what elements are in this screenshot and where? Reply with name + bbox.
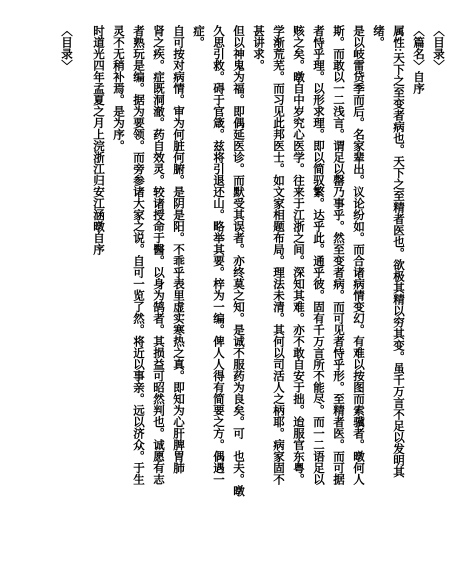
text-column: 学渐荒芜。而习见此邦医士。如文家相题布局。理法未清。其何以司活人之柄耶。病家固不 (268, 25, 288, 578)
text-column: 自可按对病情。审为何脏何腑。是阴是阳。不乖乎表里虚实寒热之真。即知为心肝脾胃肺 (168, 25, 188, 578)
text-column: 者恃乎理。以形求理。即以简驭繁。达乎此。通乎彼。固有千万言所不能尽。而一二语足以 (308, 25, 328, 578)
text-column: 肾之疾。症既洞澈。药自效灵。较诸授命于醫。以身为鹄者。其损益可昭然判也。诚愿有志 (148, 25, 168, 578)
text-column: 斯。而敢以一二浅言。谓足以罄乃事乎。然至变者病。而可见者恃乎形。至精者医。而可据 (328, 25, 348, 578)
vertical-text-block: 〈目录〉 〈篇名〉自序 属性:天下之至变者病也。天下之至精者医也。欲极其精以穷其… (6, 25, 448, 578)
ereader-page: 〈目录〉 〈篇名〉自序 属性:天下之至变者病也。天下之至精者医也。欲极其精以穷其… (0, 0, 461, 584)
section-title-line: 〈篇名〉自序 (408, 25, 428, 578)
text-column: 赅之矣。暾自中岁究心医学。往来于江浙之间。深知其难。亦不敢自安于拙。迨服官东粤。 (288, 25, 308, 578)
text-column: 但以神鬼为福。即偶延医诊。而默受其误者。亦终莫之知。是诚不服药为良矣。可 也夫。… (228, 25, 248, 578)
text-column: 久思引救。碍于官箴。兹将引退还山。略举其要。梓为一编。俾人人得有简要之方。偶遇一 (208, 25, 228, 578)
section-marker-toc: 〈目录〉 (428, 25, 448, 578)
attribute-line: 属性:天下之至变者病也。天下之至精者医也。欲极其精以穷其变。虽千万言不足以发明其 (388, 25, 408, 578)
text-column: 是以岐雷贷季而后。名家辈出。议论纷如。而合诸病情变幻。有难以按图而索骥者。暾何人 (348, 25, 368, 578)
text-column: 者熟玩是编。据为要领。而旁参诸大家之说。自可一览了然。将近以事亲。远以济众。于生 (128, 25, 148, 578)
date-signature-line: 时道光四年孟夏之月上浣浙江归安江涵暾自序 (88, 25, 108, 578)
text-column: 绪。 (368, 25, 388, 578)
text-column: 症。 (188, 25, 208, 578)
text-column: 灵不无稍补焉。是为序。 (108, 25, 128, 578)
text-column: 甚讲求。 (248, 25, 268, 578)
section-marker-toc-next: 〈目录〉 (56, 25, 76, 578)
